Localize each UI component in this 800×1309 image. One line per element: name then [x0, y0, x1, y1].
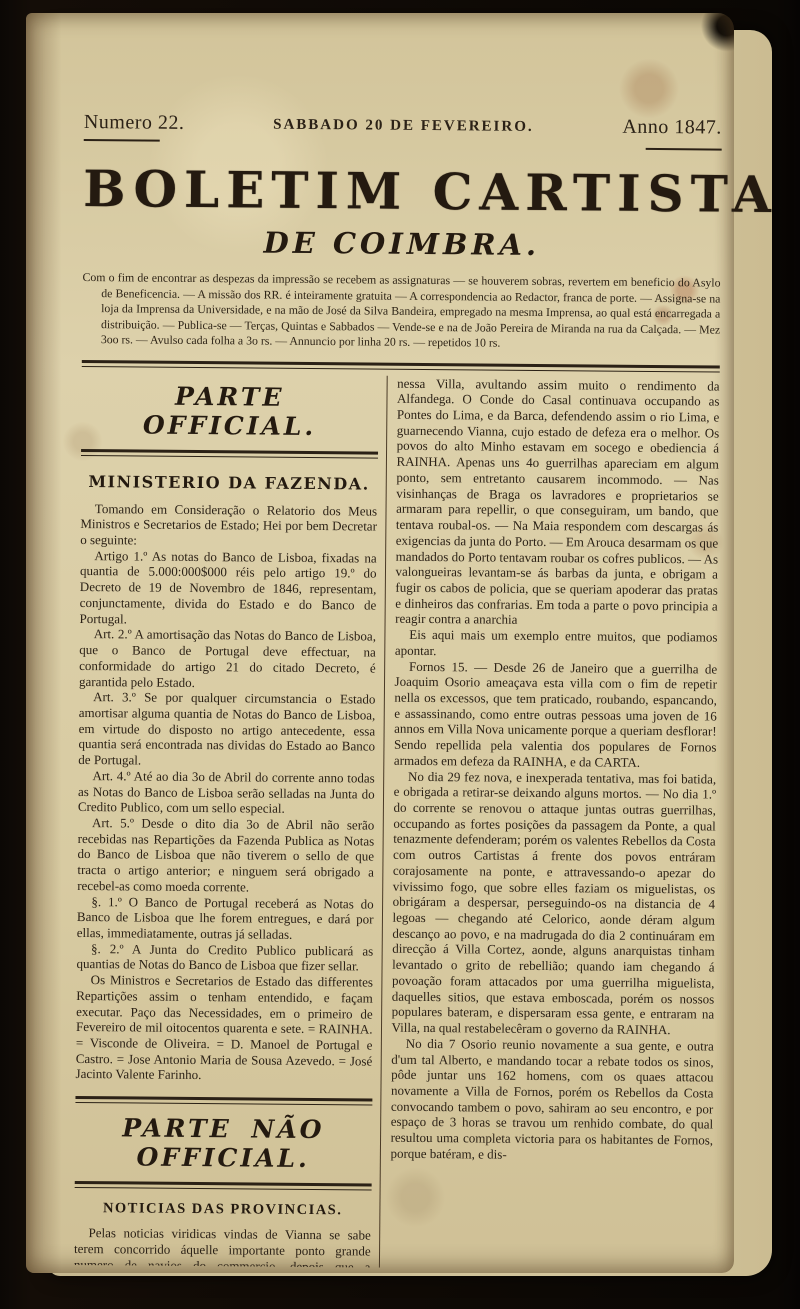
paragraph: Fornos 15. — Desde 26 de Janeiro que a g… [394, 658, 717, 771]
paragraph: Art. 2.º A amortisação das Notas do Banc… [79, 626, 376, 691]
section-title-nao-official: PARTE NÃO OFFICIAL. [75, 1113, 372, 1174]
newspaper-title: BOLETIM CARTISTA [83, 159, 721, 224]
column-layout: PARTE OFFICIAL. MINISTERIO DA FAZENDA. T… [74, 373, 720, 1271]
paragraph: Art. 3.º Se por qualquer circumstancia o… [78, 689, 375, 770]
divider-rule [82, 360, 720, 373]
paragraph: §. 1.º O Banco de Portugal receberá as N… [77, 894, 374, 944]
paragraph: Pelas noticias viridicas vindas de Viann… [74, 1225, 371, 1270]
paragraph: Artigo 1.º As notas do Banco de Lisboa, … [80, 548, 377, 629]
year-block: Anno 1847. [622, 116, 722, 151]
paragraph: Art. 5.º Desde o dito dia 3o de Abril nã… [77, 815, 374, 896]
paragraph: §. 2.º A Junta do Credito Publico public… [76, 941, 373, 975]
provinces-news-text: nessa Villa, avultando assim muito o ren… [390, 375, 719, 1164]
imprint-notice: Com o fim de encontrar as despezas da im… [82, 270, 721, 353]
newspaper-page: Numero 22. SABBADO 20 DE FEVEREIRO. Anno… [26, 13, 734, 1273]
newspaper-subtitle: DE COIMBRA. [83, 224, 721, 264]
official-text: Tomando em Consideração o Relatorio dos … [76, 501, 378, 1085]
divider-rule [646, 148, 722, 151]
paragraph: nessa Villa, avultando assim muito o ren… [395, 375, 720, 629]
divider-rule [84, 139, 160, 142]
news-text: Pelas noticias viridicas vindas de Viann… [74, 1225, 371, 1270]
paragraph: Art. 4.º Até ao dia 3o de Abril do corre… [78, 768, 375, 818]
dateline: SABBADO 20 DE FEVEREIRO. [273, 113, 534, 136]
left-column: PARTE OFFICIAL. MINISTERIO DA FAZENDA. T… [74, 373, 386, 1268]
right-column: nessa Villa, avultando assim muito o ren… [378, 375, 719, 1270]
issue-number: Numero 22. [84, 111, 185, 135]
divider-rule [81, 449, 378, 459]
paragraph: Eis aqui mais um exemplo entre muitos, q… [395, 627, 718, 661]
section-title-official: PARTE OFFICIAL. [81, 381, 378, 442]
scanned-page-photo: Numero 22. SABBADO 20 DE FEVEREIRO. Anno… [0, 0, 800, 1309]
news-section-title: NOTICIAS DAS PROVINCIAS. [74, 1200, 371, 1220]
paragraph: No dia 29 fez nova, e inexperada tentati… [392, 768, 717, 1038]
issue-year: Anno 1847. [622, 116, 722, 140]
page-content: Numero 22. SABBADO 20 DE FEVEREIRO. Anno… [74, 111, 722, 1267]
article-title-ministerio: MINISTERIO DA FAZENDA. [81, 472, 378, 494]
paragraph: Os Ministros e Secretarios de Estado das… [76, 972, 374, 1085]
divider-rule [75, 1181, 372, 1191]
paragraph: No dia 7 Osorio reunio novamente a sua g… [390, 1036, 714, 1165]
paragraph: Tomando em Consideração o Relatorio dos … [80, 501, 377, 551]
divider-rule [75, 1096, 372, 1106]
issue-header: Numero 22. SABBADO 20 DE FEVEREIRO. Anno… [84, 111, 722, 151]
issue-number-block: Numero 22. [84, 111, 185, 142]
masthead: BOLETIM CARTISTA DE COIMBRA. [83, 159, 722, 264]
